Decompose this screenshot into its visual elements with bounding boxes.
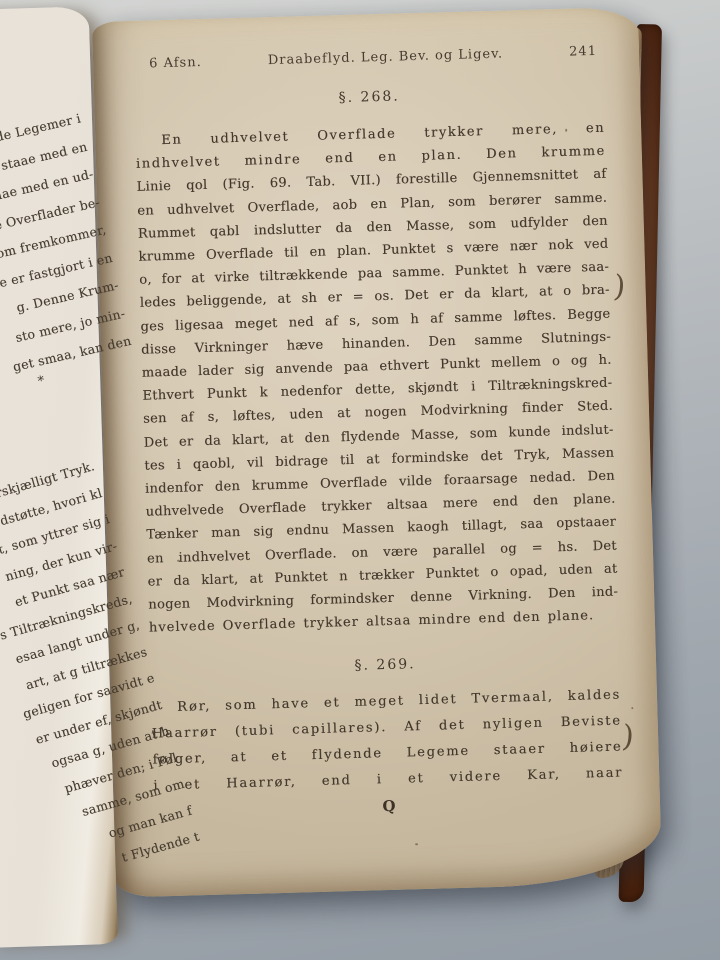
section-268-paragraph: En udhvelvet Overflade trykker mere, eni… (135, 117, 619, 640)
margin-ink-mark: ) (621, 719, 636, 755)
section-269-heading: §. 269. (150, 651, 620, 680)
header-page-number: 241 (569, 44, 597, 60)
footnote-asterisk: * (36, 373, 46, 389)
section-268-heading: §. 268. (134, 83, 604, 112)
page-text-block: 6 Afsn. Draabeflyd. Leg. Bev. og Ligev. … (133, 44, 624, 822)
section-269-paragraph: Rør, som have et meget lidet Tvermaal, k… (151, 683, 624, 800)
book-photo: 6 Afsn. Draabeflyd. Leg. Bev. og Ligev. … (0, 0, 720, 960)
paper-speck (631, 707, 633, 709)
header-section-label: 6 Afsn. (149, 55, 202, 71)
margin-ink-mark: ) (612, 269, 627, 305)
paper-speck (565, 129, 567, 132)
header-title: Draabeflyd. Leg. Bev. og Ligev. (268, 47, 504, 69)
paper-speck (415, 843, 418, 845)
running-header: 6 Afsn. Draabeflyd. Leg. Bev. og Ligev. … (133, 44, 603, 72)
